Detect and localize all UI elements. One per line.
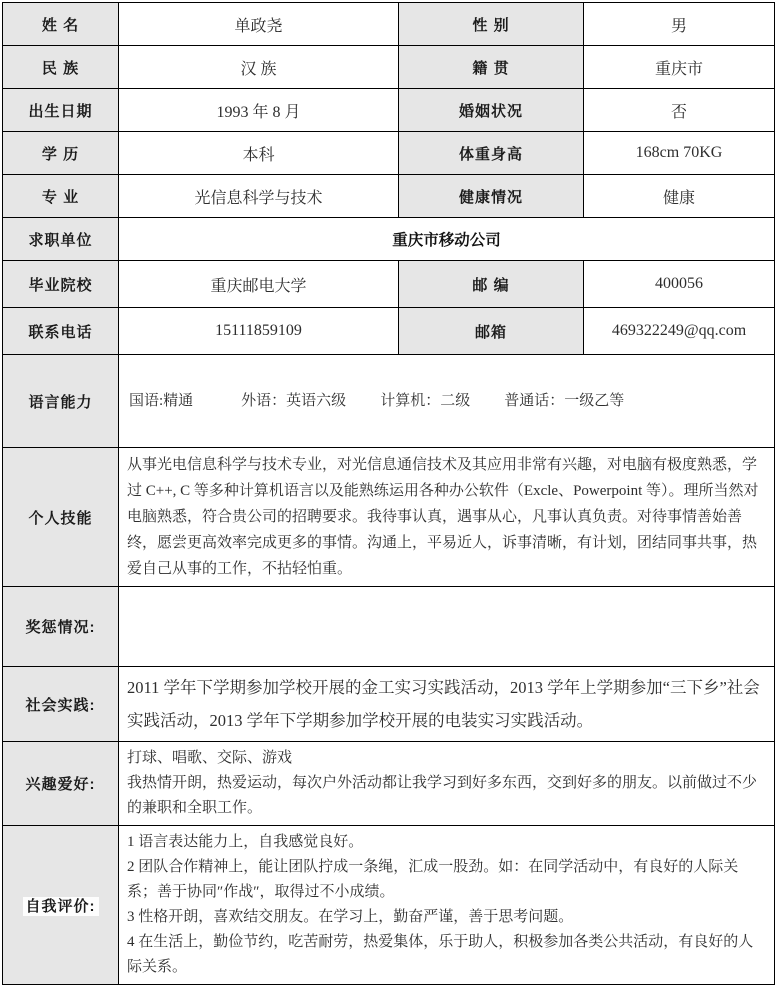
row-language-ability: 语言能力 国语:精通 外语：英语六级 计算机：二级 普通话：一级乙等 xyxy=(3,355,775,448)
marital-status-value: 否 xyxy=(584,89,775,132)
row-major-health: 专 业 光信息科学与技术 健康情况 健康 xyxy=(3,175,775,218)
job-target-label: 求职单位 xyxy=(3,218,119,261)
graduate-school-label: 毕业院校 xyxy=(3,261,119,308)
row-hobbies: 兴趣爱好: 打球、唱歌、交际、游戏 我热情开朗，热爱运动，每次户外活动都让我学习… xyxy=(3,742,775,826)
row-name-gender: 姓 名 单政尧 性 别 男 xyxy=(3,3,775,46)
phone-value: 15111859109 xyxy=(119,308,399,355)
native-place-value: 重庆市 xyxy=(584,46,775,89)
language-ability-content: 国语:精通 外语：英语六级 计算机：二级 普通话：一级乙等 xyxy=(119,355,775,448)
birth-date-value: 1993 年 8 月 xyxy=(119,89,399,132)
language-foreign: 外语：英语六级 xyxy=(241,388,346,414)
health-value: 健康 xyxy=(584,175,775,218)
language-putonghua: 普通话：一级乙等 xyxy=(504,388,624,414)
language-computer: 计算机：二级 xyxy=(380,388,470,414)
marital-status-label: 婚姻状况 xyxy=(399,89,584,132)
zip-code-label: 邮 编 xyxy=(399,261,584,308)
personal-skills-text: 从事光电信息科学与技术专业，对光信息通信技术及其应用非常有兴趣，对电脑有极度熟悉… xyxy=(119,448,775,587)
row-birth-marriage: 出生日期 1993 年 8 月 婚姻状况 否 xyxy=(3,89,775,132)
height-weight-label: 体重身高 xyxy=(399,132,584,175)
self-evaluation-point-3: 3 性格开朗，喜欢结交朋友。在学习上，勤奋严谨，善于思考问题。 xyxy=(127,905,764,930)
row-ethnicity-origin: 民 族 汉 族 籍 贯 重庆市 xyxy=(3,46,775,89)
education-value: 本科 xyxy=(119,132,399,175)
height-weight-value: 168cm 70KG xyxy=(584,132,775,175)
personal-skills-label: 个人技能 xyxy=(3,448,119,587)
email-value: 469322249@qq.com xyxy=(584,308,775,355)
row-personal-skills: 个人技能 从事光电信息科学与技术专业，对光信息通信技术及其应用非常有兴趣，对电脑… xyxy=(3,448,775,587)
hobbies-content: 打球、唱歌、交际、游戏 我热情开朗，热爱运动，每次户外活动都让我学习到好多东西，… xyxy=(119,742,775,826)
awards-text xyxy=(119,587,775,667)
resume-table: 姓 名 单政尧 性 别 男 民 族 汉 族 籍 贯 重庆市 出生日期 1993 … xyxy=(2,2,775,985)
language-mandarin: 国语:精通 xyxy=(129,388,193,414)
awards-label: 奖惩情况: xyxy=(3,587,119,667)
ethnicity-label: 民 族 xyxy=(3,46,119,89)
birth-date-label: 出生日期 xyxy=(3,89,119,132)
major-value: 光信息科学与技术 xyxy=(119,175,399,218)
row-phone-email: 联系电话 15111859109 邮箱 469322249@qq.com xyxy=(3,308,775,355)
row-job-target: 求职单位 重庆市移动公司 xyxy=(3,218,775,261)
name-value: 单政尧 xyxy=(119,3,399,46)
self-evaluation-label: 自我评价: xyxy=(3,826,119,985)
self-evaluation-point-4: 4 在生活上，勤俭节约，吃苦耐劳，热爱集体，乐于助人，积极参加各类公共活动，有良… xyxy=(127,930,764,980)
row-school-zip: 毕业院校 重庆邮电大学 邮 编 400056 xyxy=(3,261,775,308)
self-evaluation-content: 1 语言表达能力上，自我感觉良好。 2 团队合作精神上，能让团队拧成一条绳，汇成… xyxy=(119,826,775,985)
self-evaluation-point-1: 1 语言表达能力上，自我感觉良好。 xyxy=(127,830,764,855)
graduate-school-value: 重庆邮电大学 xyxy=(119,261,399,308)
email-label: 邮箱 xyxy=(399,308,584,355)
social-practice-label: 社会实践: xyxy=(3,667,119,742)
row-social-practice: 社会实践: 2011 学年下学期参加学校开展的金工实习实践活动，2013 学年上… xyxy=(3,667,775,742)
social-practice-text: 2011 学年下学期参加学校开展的金工实习实践活动，2013 学年上学期参加“三… xyxy=(119,667,775,742)
hobbies-line-1: 打球、唱歌、交际、游戏 xyxy=(127,746,764,771)
ethnicity-value: 汉 族 xyxy=(119,46,399,89)
row-education-body: 学 历 本科 体重身高 168cm 70KG xyxy=(3,132,775,175)
language-ability-label: 语言能力 xyxy=(3,355,119,448)
education-label: 学 历 xyxy=(3,132,119,175)
row-self-evaluation: 自我评价: 1 语言表达能力上，自我感觉良好。 2 团队合作精神上，能让团队拧成… xyxy=(3,826,775,985)
native-place-label: 籍 贯 xyxy=(399,46,584,89)
hobbies-line-2: 我热情开朗，热爱运动，每次户外活动都让我学习到好多东西，交到好多的朋友。以前做过… xyxy=(127,771,764,821)
health-label: 健康情况 xyxy=(399,175,584,218)
row-awards: 奖惩情况: xyxy=(3,587,775,667)
job-target-value: 重庆市移动公司 xyxy=(119,218,775,261)
gender-value: 男 xyxy=(584,3,775,46)
self-evaluation-point-2: 2 团队合作精神上，能让团队拧成一条绳，汇成一股劲。如：在同学活动中，有良好的人… xyxy=(127,855,764,905)
phone-label: 联系电话 xyxy=(3,308,119,355)
gender-label: 性 别 xyxy=(399,3,584,46)
name-label: 姓 名 xyxy=(3,3,119,46)
hobbies-label: 兴趣爱好: xyxy=(3,742,119,826)
zip-code-value: 400056 xyxy=(584,261,775,308)
self-evaluation-label-text: 自我评价: xyxy=(23,897,99,916)
major-label: 专 业 xyxy=(3,175,119,218)
